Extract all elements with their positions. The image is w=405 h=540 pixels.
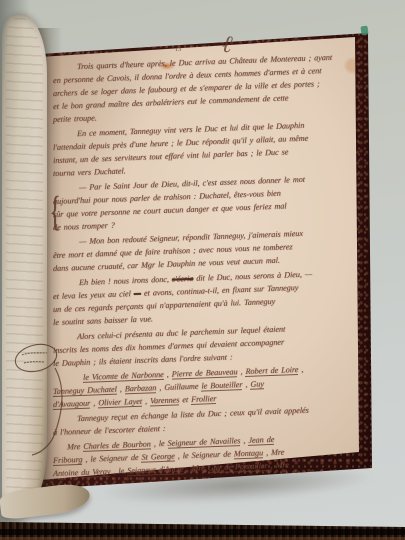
- text-segment: ,: [90, 398, 98, 407]
- manuscript-paragraph: Trois quarts d'heure après, le Duc arriv…: [53, 50, 349, 126]
- text-segment: , le: [110, 466, 127, 476]
- floor-dark-stripe: [0, 529, 405, 535]
- text-segment: et: [179, 395, 191, 404]
- photo-open-manuscript-book: 13 ℓ { Trois quarts d'heure après, le Du…: [0, 0, 405, 540]
- underlined-name: le Bouteiller: [201, 380, 242, 392]
- text-segment: de nous tromper ?: [53, 221, 115, 232]
- page-number: 13: [175, 46, 182, 53]
- struck-word: —: [134, 289, 141, 298]
- underlined-name: Barbazan: [125, 383, 156, 394]
- text-segment: , Mre: [268, 460, 289, 470]
- struck-word: s'écria: [172, 274, 193, 284]
- text-segment: le soutint sans baisser la vue.: [53, 314, 153, 327]
- text-segment: , le Seigneur de: [175, 449, 234, 460]
- manuscript-paragraph: En ce moment, Tanneguy vint vers le Duc …: [53, 117, 349, 180]
- underlined-name: du Vergy: [81, 467, 110, 478]
- underlined-name: Montagu: [234, 448, 263, 459]
- underlined-name: St George: [141, 452, 174, 463]
- text-segment: ,: [117, 384, 125, 393]
- text-segment: , le Seigneur de: [82, 453, 141, 464]
- manuscript-paragraph: Mre Charles de Bourbon , le Seigneur de …: [53, 430, 349, 480]
- manuscript-text: { Trois quarts d'heure après, le Duc arr…: [53, 50, 349, 482]
- underlined-name: Robert de Loire: [245, 365, 298, 377]
- text-segment: , Guillaume: [156, 382, 201, 393]
- underlined-name: Guy: [250, 379, 264, 389]
- text-segment: et leva les yeux au ciel: [53, 289, 134, 301]
- text-segment: tourna vers Duchatel.: [53, 166, 126, 178]
- underlined-name: Seigneur d'Ancre: [127, 464, 183, 476]
- manuscript-paragraph: — Par le Saint Jour de Dieu, dit-il, c'e…: [53, 171, 349, 234]
- text-segment: ,: [164, 370, 172, 379]
- text-segment: , Mre: [263, 448, 284, 458]
- underlined-name: Jean de: [248, 435, 274, 446]
- underlined-name: Varennes: [150, 395, 179, 406]
- manuscript-paragraph: Eh bien ! nous irons donc, s'écria dit l…: [53, 266, 349, 329]
- text-segment: ,: [142, 396, 150, 405]
- margin-annotation-circled-note: [10, 336, 80, 462]
- underlined-name: Olivier Layet: [98, 397, 142, 409]
- underlined-name: Frollier: [191, 394, 216, 405]
- underlined-name: Guy de Pontailler: [208, 461, 268, 473]
- text-segment: ,: [298, 365, 303, 374]
- text-segment: , Mre: [184, 463, 208, 473]
- text-segment: , le: [151, 439, 168, 449]
- cover-corner-green-spot: [360, 26, 368, 36]
